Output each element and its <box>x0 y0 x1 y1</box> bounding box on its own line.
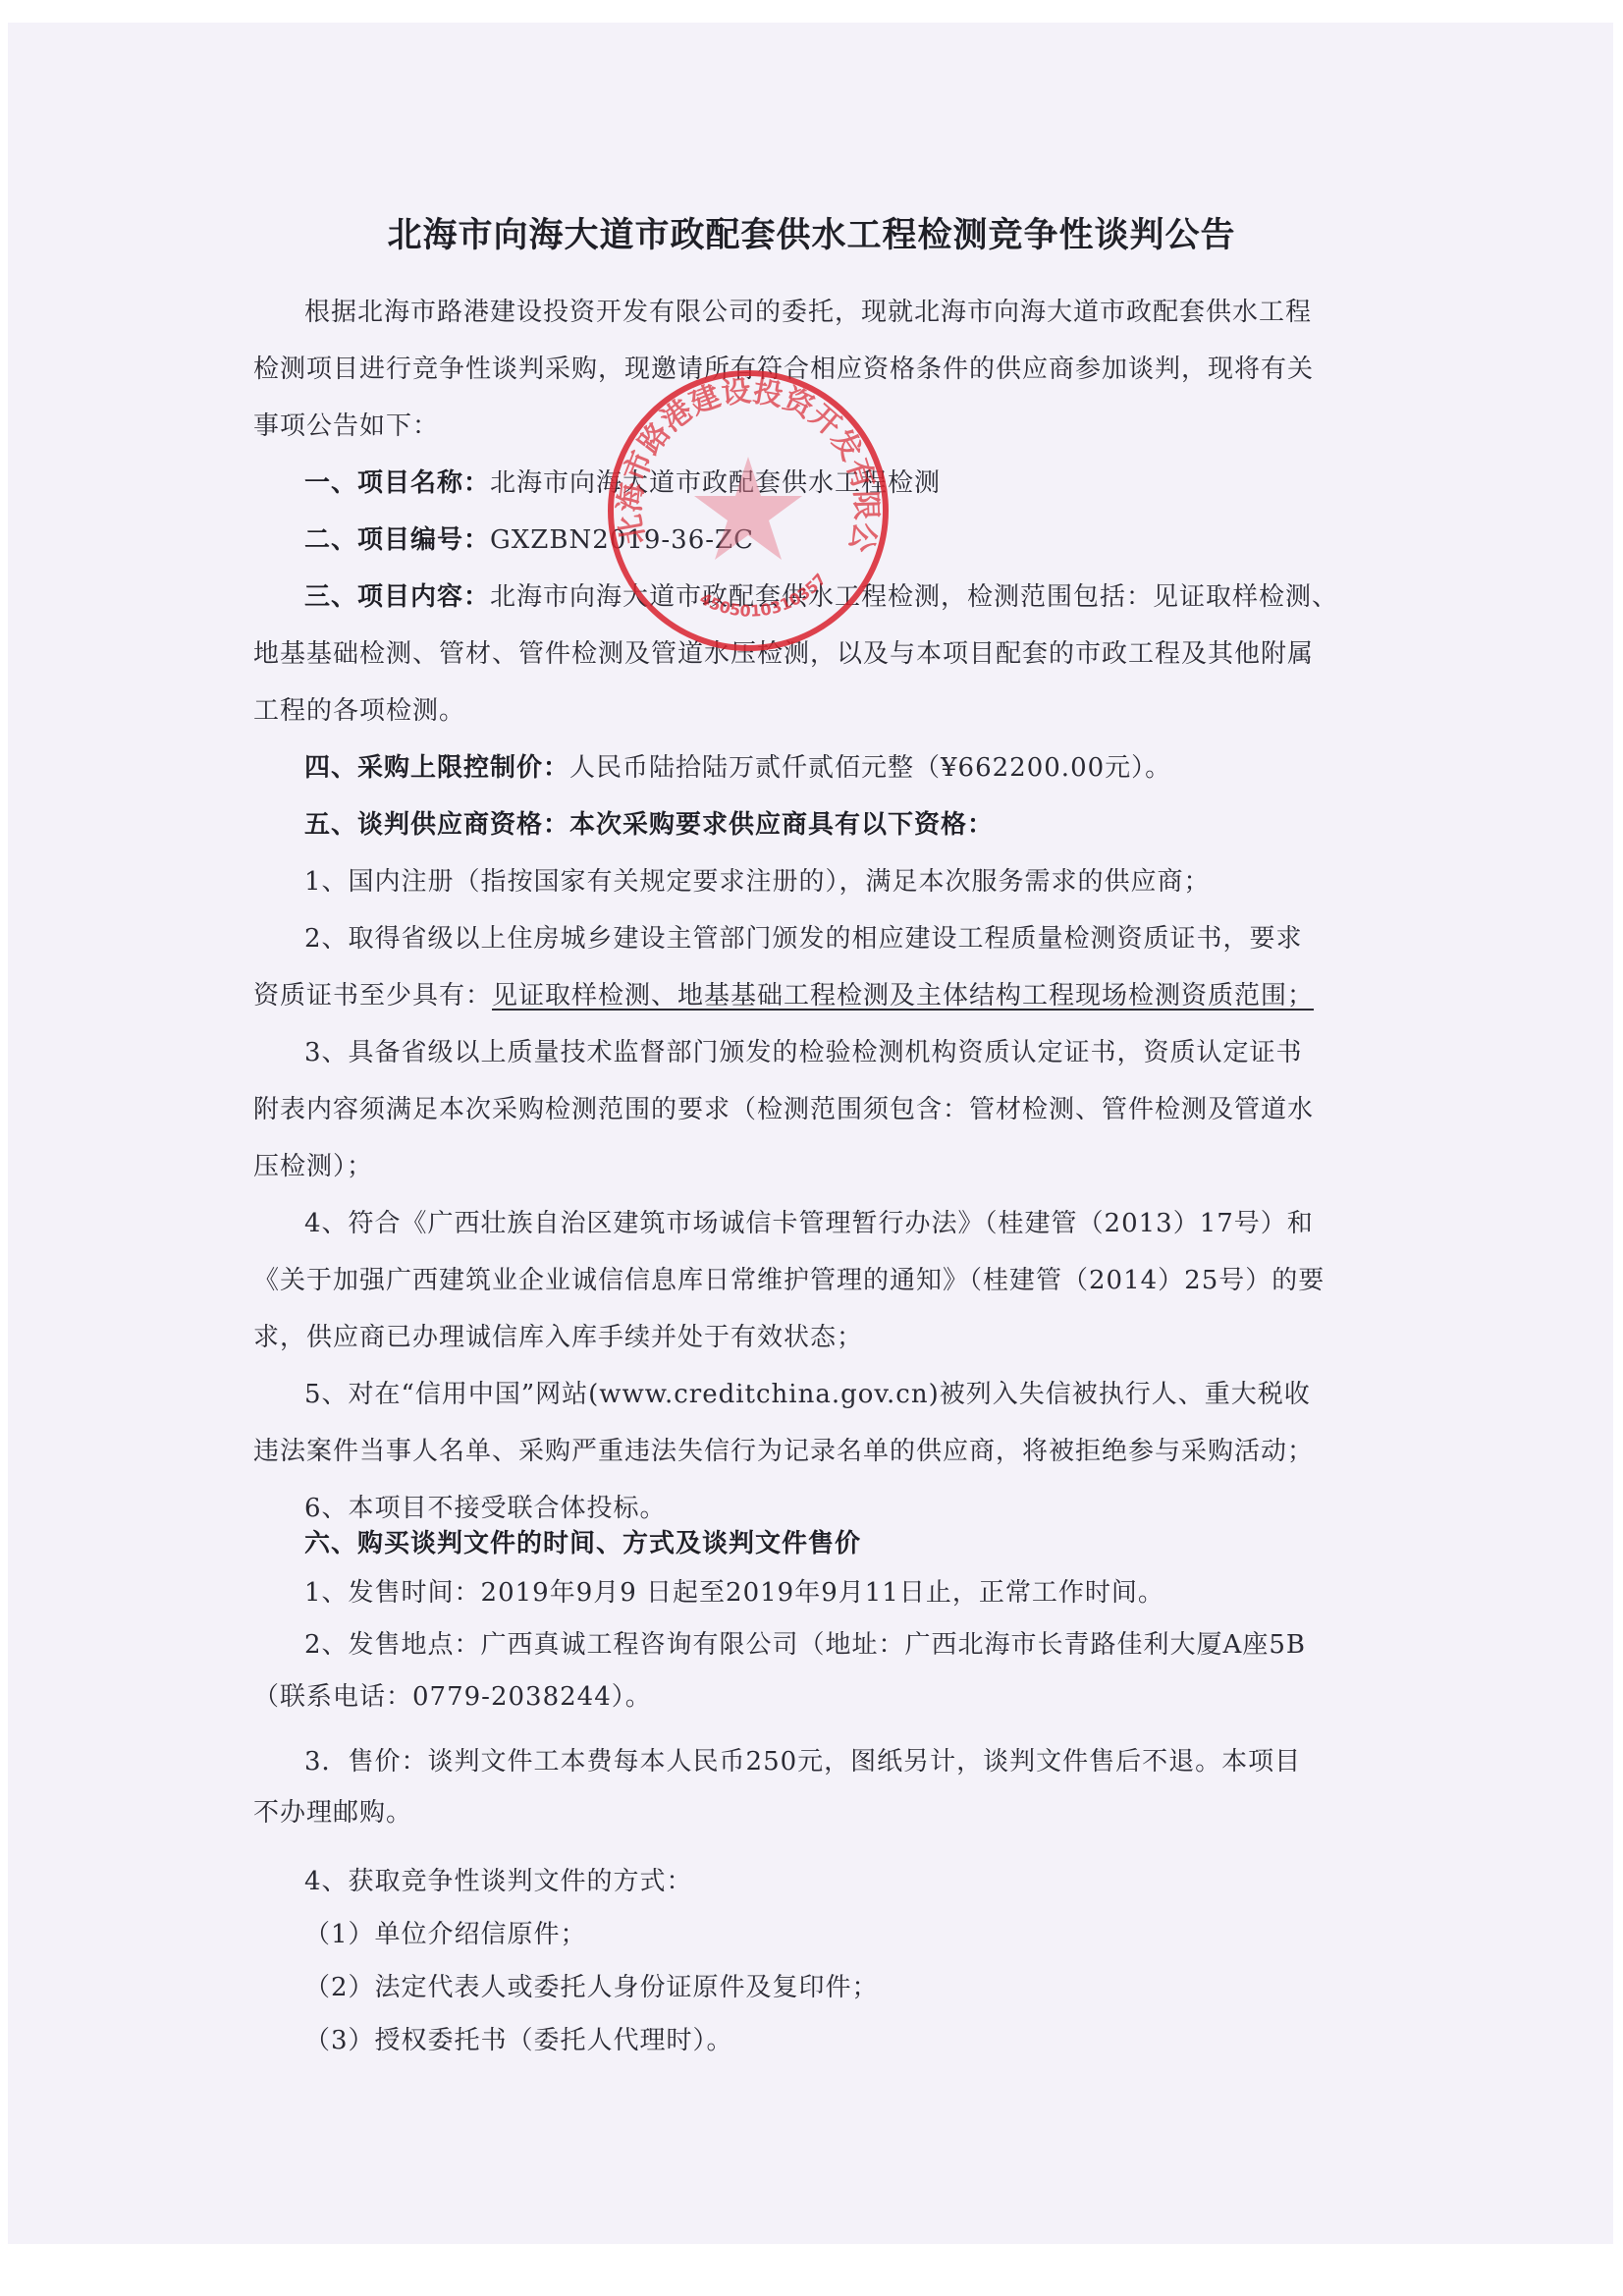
purchase-item-1-sale-time: 1、发售时间：2019年9月9 日起至2019年9月11日止，正常工作时间。 <box>304 1573 1164 1613</box>
intro-line-1: 根据北海市路港建设投资开发有限公司的委托，现就北海市向海大道市政配套供水工程 <box>304 293 1312 332</box>
purchase-item-4-sub-1: （1）单位介绍信原件； <box>304 1915 587 1954</box>
qualification-item-4-line-1: 4、符合《广西壮族自治区建筑市场诚信卡管理暂行办法》（桂建管（2013）17号）… <box>304 1204 1314 1243</box>
qualification-item-6: 6、本项目不接受联合体投标。 <box>304 1489 667 1528</box>
purchase-item-4-sub-2: （2）法定代表人或委托人身份证原件及复印件； <box>304 1968 879 2007</box>
purchase-item-4-sub-3: （3）授权委托书（委托人代理时）。 <box>304 2021 733 2060</box>
intro-line-3: 事项公告如下： <box>253 407 439 446</box>
qualification-item-1: 1、国内注册（指按国家有关规定要求注册的），满足本次服务需求的供应商； <box>304 862 1211 902</box>
section-project-content-line-3: 工程的各项检测。 <box>253 691 465 731</box>
section-price-cap-value: 人民币陆拾陆万贰仟贰佰元整（¥662200.00元）。 <box>569 753 1171 783</box>
qualification-item-4-line-2: 《关于加强广西建筑业企业诚信信息库日常维护管理的通知》（桂建管（2014）25号… <box>253 1261 1325 1300</box>
section-price-cap-label: 四、采购上限控制价： <box>304 753 569 783</box>
qualification-item-2-line-2: 资质证书至少具有：见证取样检测、地基基础工程检测及主体结构工程现场检测资质范围； <box>253 976 1314 1015</box>
qualification-item-2-line-1: 2、取得省级以上住房城乡建设主管部门颁发的相应建设工程质量检测资质证书，要求 <box>304 919 1303 958</box>
section-purchase-docs-heading: 六、购买谈判文件的时间、方式及谈判文件售价 <box>304 1524 861 1563</box>
section-supplier-qualifications-heading: 五、谈判供应商资格：本次采购要求供应商具有以下资格： <box>304 805 994 845</box>
qualification-item-5-line-2: 违法案件当事人名单、采购严重违法失信行为记录名单的供应商，将被拒绝参与采购活动； <box>253 1432 1314 1471</box>
purchase-item-2-contact-phone: （联系电话：0779-2038244）。 <box>253 1677 652 1717</box>
purchase-item-4: 4、获取竞争性谈判文件的方式： <box>304 1862 693 1901</box>
qualification-item-3-line-1: 3、具备省级以上质量技术监督部门颁发的检验检测机构资质认定证书，资质认定证书 <box>304 1033 1303 1072</box>
qualification-item-3-line-3: 压检测）； <box>253 1147 373 1186</box>
section-project-content-label: 三、项目内容： <box>304 582 490 612</box>
section-project-number-value: GXZBN2019-36-ZC <box>490 525 754 555</box>
qualification-item-3-line-2: 附表内容须满足本次采购检测范围的要求（检测范围须包含：管材检测、管件检测及管道水 <box>253 1090 1314 1129</box>
section-project-content-line-1: 北海市向海大道市政配套供水工程检测，检测范围包括：见证取样检测、 <box>490 582 1338 612</box>
purchase-item-3-line-1: 3．售价：谈判文件工本费每本人民币250元，图纸另计，谈判文件售后不退。本项目 <box>304 1742 1301 1781</box>
qualification-item-5-line-1: 5、对在“信用中国”网站(www.creditchina.gov.cn)被列入失… <box>304 1375 1311 1414</box>
section-project-content-line-2: 地基基础检测、管材、管件检测及管道水压检测，以及与本项目配套的市政工程及其他附属 <box>253 634 1314 674</box>
purchase-item-2-line-1: 2、发售地点：广西真诚工程咨询有限公司（地址：广西北海市长青路佳利大厦A座5B <box>304 1625 1306 1665</box>
section-project-content: 三、项目内容：北海市向海大道市政配套供水工程检测，检测范围包括：见证取样检测、 <box>304 577 1338 617</box>
section-price-cap: 四、采购上限控制价：人民币陆拾陆万贰仟贰佰元整（¥662200.00元）。 <box>304 748 1171 788</box>
qualification-item-4-line-3: 求，供应商已办理诚信库入库手续并处于有效状态； <box>253 1318 863 1357</box>
intro-line-2: 检测项目进行竞争性谈判采购，现邀请所有符合相应资格条件的供应商参加谈判，现将有关 <box>253 350 1314 389</box>
section-project-name-value: 北海市向海大道市政配套供水工程检测 <box>490 468 941 498</box>
qualification-item-2-prefix: 资质证书至少具有： <box>253 981 492 1011</box>
purchase-item-3-line-2: 不办理邮购。 <box>253 1793 412 1832</box>
document-title: 北海市向海大道市政配套供水工程检测竞争性谈判公告 <box>0 208 1623 257</box>
qualification-item-2-underlined-scope: 见证取样检测、地基基础工程检测及主体结构工程现场检测资质范围； <box>492 981 1314 1011</box>
section-project-number-label: 二、项目编号： <box>304 525 490 555</box>
section-project-name-label: 一、项目名称： <box>304 468 490 498</box>
section-project-number: 二、项目编号：GXZBN2019-36-ZC <box>304 520 754 560</box>
section-project-name: 一、项目名称：北海市向海大道市政配套供水工程检测 <box>304 464 941 503</box>
